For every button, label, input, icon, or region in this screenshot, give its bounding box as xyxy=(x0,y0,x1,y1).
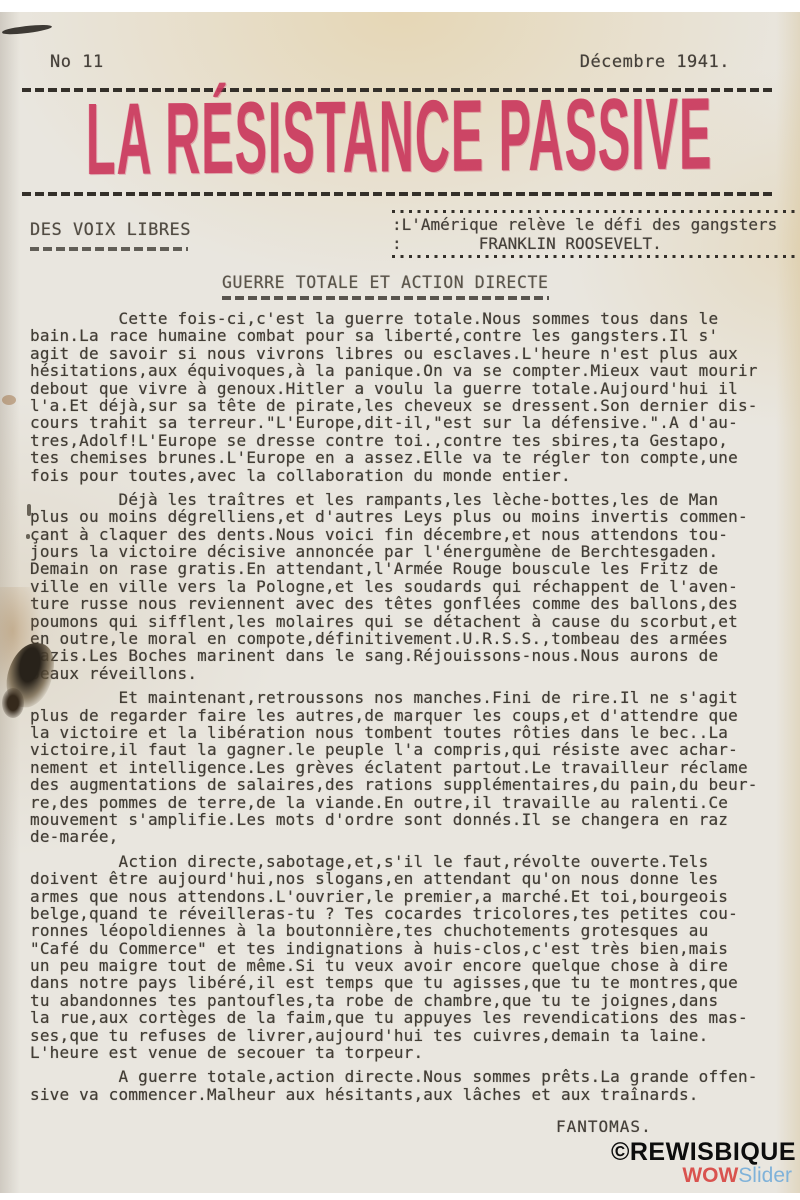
masthead: LA RÉSISTANCE PASSIVE xyxy=(86,98,800,184)
article-line: l'a.Et déjà,sur sa tête de pirate,les ch… xyxy=(30,397,800,414)
article-line: tes chemises brunes.L'Europe en a assez.… xyxy=(30,449,800,466)
scanned-paper: No 11 Décembre 1941. LA RÉSISTANCE PASSI… xyxy=(0,12,800,1193)
article-line: debout que vivre à genoux.Hitler a voulu… xyxy=(30,380,800,397)
article-line: de-marée, xyxy=(30,828,800,845)
article-line: nement et intelligence.Les grèves éclate… xyxy=(30,759,800,776)
rust-spot xyxy=(2,395,16,405)
article-line: victoire,il faut la gagner.le peuple l'a… xyxy=(30,741,800,758)
article-line: en outre,le moral en compote,définitivem… xyxy=(30,630,800,647)
article-line: ture russe nous reviennent avec des tête… xyxy=(30,595,800,612)
article-line: Action directe,sabotage,et,s'il le faut,… xyxy=(30,853,800,870)
article-line: cours trahit sa terreur."L'Europe,dit-il… xyxy=(30,414,800,431)
article-line: nazis.Les Boches marinent dans le sang.R… xyxy=(30,647,800,664)
article-headline: GUERRE TOTALE ET ACTION DIRECTE xyxy=(222,273,549,292)
article-line: Cette fois-ci,c'est la guerre totale.Nou… xyxy=(30,310,800,327)
article-line: armes que nous attendons.L'ouvrier,le pr… xyxy=(30,888,800,905)
article-line: bain.La race humaine combat pour sa libe… xyxy=(30,327,800,344)
margin-mark xyxy=(26,534,30,539)
article-line: re,des pommes de terre,de la viande.En o… xyxy=(30,794,800,811)
quote-attribution: : FRANKLIN ROOSEVELT. xyxy=(392,234,800,253)
wowslider-watermark: WOWSlider xyxy=(682,1164,792,1188)
quote-line: :L'Amérique relève le défi des gangsters xyxy=(392,215,800,234)
article-line: Et maintenant,retroussons nos manches.Fi… xyxy=(30,689,800,706)
article-line: sive va commencer.Malheur aux hésitants,… xyxy=(30,1086,800,1103)
article-line: poumons qui sifflent,les molaires qui se… xyxy=(30,613,800,630)
article-line: plus ou moins dégrelliens,et d'autres Le… xyxy=(30,508,800,525)
page-header: No 11 Décembre 1941. xyxy=(0,12,800,72)
issue-number: No 11 xyxy=(50,52,104,72)
article-line: L'heure est venue de secouer ta torpeur. xyxy=(30,1044,800,1061)
article-paragraph: Cette fois-ci,c'est la guerre totale.Nou… xyxy=(30,310,800,484)
copyright-watermark: ©REWISBIQUE xyxy=(611,1138,796,1167)
masthead-row: DES VOIX LIBRES :L'Amérique relève le dé… xyxy=(0,208,800,260)
article-line: tu abandonnes tes pantoufles,ta robe de … xyxy=(30,992,800,1009)
margin-mark xyxy=(27,504,31,516)
article-body: Cette fois-ci,c'est la guerre totale.Nou… xyxy=(30,310,800,1103)
dotted-rule-bottom xyxy=(392,255,800,258)
article-paragraph: Déjà les traîtres et les rampants,les lè… xyxy=(30,491,800,682)
section-left-underline xyxy=(30,247,188,251)
article-line: belge,quand te réveilleras-tu ? Tes coca… xyxy=(30,905,800,922)
article-line: jours la victoire décisive annoncée par … xyxy=(30,543,800,560)
issue-date: Décembre 1941. xyxy=(580,52,730,72)
article-line: ses,que tu refuses de livrer,aujourd'hui… xyxy=(30,1027,800,1044)
article-paragraph: Action directe,sabotage,et,s'il le faut,… xyxy=(30,853,800,1062)
article-headline-block: GUERRE TOTALE ET ACTION DIRECTE xyxy=(222,273,549,300)
article-line: un peu maigre tout de même.Si tu veux av… xyxy=(30,957,800,974)
article-line: "Café du Commerce" et tes indignations à… xyxy=(30,940,800,957)
article-line: ville en ville vers la Pologne,et les so… xyxy=(30,578,800,595)
paper-hole-small xyxy=(2,688,24,718)
article-line: mouvement s'amplifie.Les mots d'ordre so… xyxy=(30,811,800,828)
article-paragraph: A guerre totale,action directe.Nous somm… xyxy=(30,1068,800,1103)
wowslider-slider: Slider xyxy=(738,1164,792,1187)
article-line: tres,Adolf!L'Europe se dresse contre toi… xyxy=(30,432,800,449)
article-line: hésitations,aux équivoques,à la panique.… xyxy=(30,362,800,379)
quote-box: :L'Amérique relève le défi des gangsters… xyxy=(392,208,800,260)
article-line: fois pour toutes,avec la collaboration d… xyxy=(30,467,800,484)
article-line: plus de regarder faire les autres,de mar… xyxy=(30,707,800,724)
article-line: des augmentations de salaires,des ration… xyxy=(30,776,800,793)
article-line: doivent être aujourd'hui,nos slogans,en … xyxy=(30,870,800,887)
article-line: la rue,aux cortèges de la faim,que tu ap… xyxy=(30,1009,800,1026)
dotted-rule-top xyxy=(392,210,800,213)
article-paragraph: Et maintenant,retroussons nos manches.Fi… xyxy=(30,689,800,846)
article-line: Déjà les traîtres et les rampants,les lè… xyxy=(30,491,800,508)
article-line: la victoire et la libération nous tomben… xyxy=(30,724,800,741)
section-left: DES VOIX LIBRES xyxy=(30,208,191,251)
article-line: agit de savoir si nous vivrons libres ou… xyxy=(30,345,800,362)
newspaper-title-stamp: LA RÉSISTANCE PASSIVE xyxy=(86,89,713,185)
article-line: beaux réveillons. xyxy=(30,665,800,682)
article-line: çant à claquer des dents.Nous voici fin … xyxy=(30,526,800,543)
headline-underline xyxy=(222,296,549,300)
article-line: A guerre totale,action directe.Nous somm… xyxy=(30,1068,800,1085)
article-line: dans notre pays libéré,il est temps que … xyxy=(30,974,800,991)
article-line: Demain on rase gratis.En attendant,l'Arm… xyxy=(30,560,800,577)
article-signature: FANTOMAS. xyxy=(556,1117,800,1136)
section-left-title: DES VOIX LIBRES xyxy=(30,220,191,240)
wowslider-wow: WOW xyxy=(682,1164,738,1187)
article-line: ronnes léopoldiennes à la boutonnière,te… xyxy=(30,922,800,939)
